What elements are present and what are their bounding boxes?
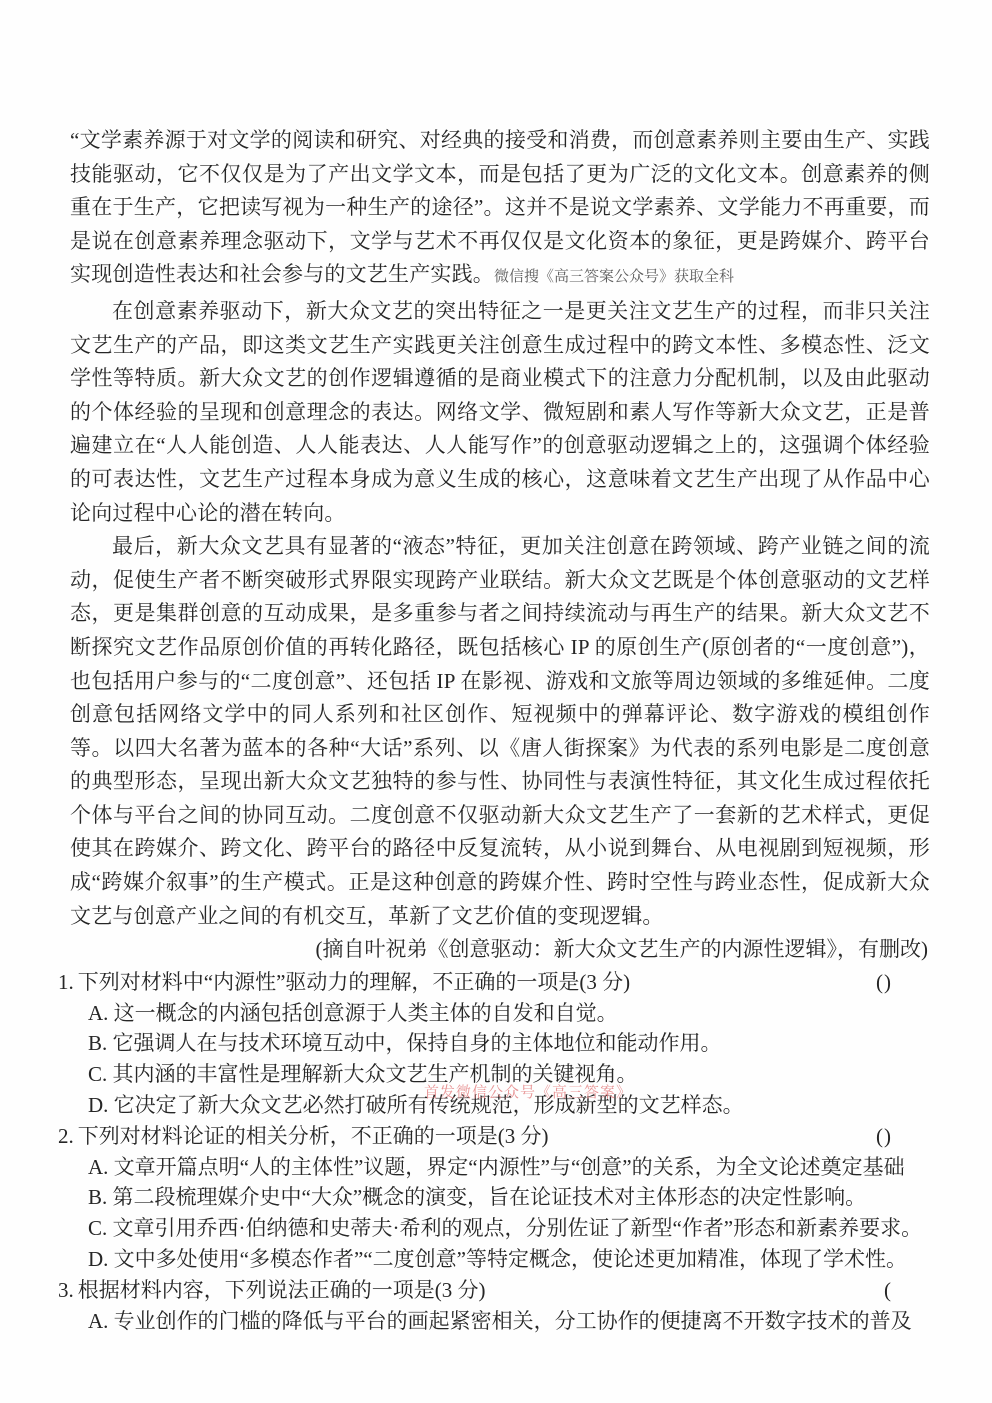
passage-paragraph-2: 在创意素养驱动下，新大众文艺的突出特征之一是更关注文艺生产的过程，而非只关注文艺… (70, 295, 930, 530)
question-text: 下列对材料中“内源性”驱动力的理解，不正确的一项是(3 分) (78, 970, 630, 994)
question-3-stem-line: 3.根据材料内容，下列说法正确的一项是(3 分) ( (58, 1275, 938, 1306)
question-2-stem-line: 2.下列对材料论证的相关分析，不正确的一项是(3 分) () (58, 1121, 938, 1152)
question-number: 1. (58, 970, 74, 994)
question-2-option-d: D. 文中多处使用“多模态作者”“二度创意”等特定概念，使论述更加精准，体现了学… (58, 1244, 938, 1275)
question-2-option-c: C. 文章引用乔西·伯纳德和史蒂夫·希利的观点，分别佐证了新型“作者”形态和新素… (58, 1213, 938, 1244)
answer-bracket: ( (884, 1275, 938, 1306)
question-1-option-d: D. 它决定了新大众文艺必然打破所有传统规范，形成新型的文艺样态。 (58, 1090, 938, 1121)
question-1-stem-line: 1.下列对材料中“内源性”驱动力的理解，不正确的一项是(3 分) () (58, 967, 938, 998)
question-2-stem: 2.下列对材料论证的相关分析，不正确的一项是(3 分) (58, 1121, 549, 1152)
question-2-option-b: B. 第二段梳理媒介史中“大众”概念的演变，旨在论证技术对主体形态的决定性影响。 (58, 1182, 938, 1213)
passage-citation: (摘自叶祝弟《创意驱动：新大众文艺生产的内源性逻辑》，有删改) (70, 933, 930, 967)
question-3-option-a: A. 专业创作的门槛的降低与平台的画起紧密相关，分工协作的便捷离不开数字技术的普… (58, 1306, 938, 1337)
answer-bracket: () (876, 967, 938, 998)
question-1-option-b: B. 它强调人在与技术环境互动中，保持自身的主体地位和能动作用。 (58, 1028, 938, 1059)
exam-paper-page: “文学素养源于对文学的阅读和研究、对经典的接受和消费，而创意素养则主要由生产、实… (0, 0, 992, 1403)
question-1: 1.下列对材料中“内源性”驱动力的理解，不正确的一项是(3 分) () A. 这… (58, 967, 938, 1121)
question-list: 1.下列对材料中“内源性”驱动力的理解，不正确的一项是(3 分) () A. 这… (58, 967, 938, 1337)
question-1-option-c: C. 其内涵的丰富性是理解新大众文艺生产机制的关键视角。 (58, 1059, 938, 1090)
passage-paragraph-1: “文学素养源于对文学的阅读和研究、对经典的接受和消费，而创意素养则主要由生产、实… (70, 124, 930, 295)
question-2-option-a: A. 文章开篇点明“人的主体性”议题，界定“内源性”与“创意”的关系，为全文论述… (58, 1152, 938, 1183)
question-2: 2.下列对材料论证的相关分析，不正确的一项是(3 分) () A. 文章开篇点明… (58, 1121, 938, 1275)
promo-note: 微信搜《高三答案公众号》获取全科 (494, 269, 734, 285)
question-3: 3.根据材料内容，下列说法正确的一项是(3 分) ( A. 专业创作的门槛的降低… (58, 1275, 938, 1337)
question-number: 3. (58, 1278, 74, 1302)
passage-paragraph-3: 最后，新大众文艺具有显著的“液态”特征，更加关注创意在跨领域、跨产业链之间的流动… (70, 530, 930, 933)
question-text: 下列对材料论证的相关分析，不正确的一项是(3 分) (78, 1124, 549, 1148)
question-1-stem: 1.下列对材料中“内源性”驱动力的理解，不正确的一项是(3 分) (58, 967, 630, 998)
answer-bracket: () (876, 1121, 938, 1152)
reading-passage: “文学素养源于对文学的阅读和研究、对经典的接受和消费，而创意素养则主要由生产、实… (70, 124, 930, 967)
paragraph-text: “文学素养源于对文学的阅读和研究、对经典的接受和消费，而创意素养则主要由生产、实… (70, 128, 930, 286)
question-text: 根据材料内容，下列说法正确的一项是(3 分) (78, 1278, 486, 1302)
question-3-stem: 3.根据材料内容，下列说法正确的一项是(3 分) (58, 1275, 486, 1306)
question-1-option-a: A. 这一概念的内涵包括创意源于人类主体的自发和自觉。 (58, 998, 938, 1029)
question-number: 2. (58, 1124, 74, 1148)
